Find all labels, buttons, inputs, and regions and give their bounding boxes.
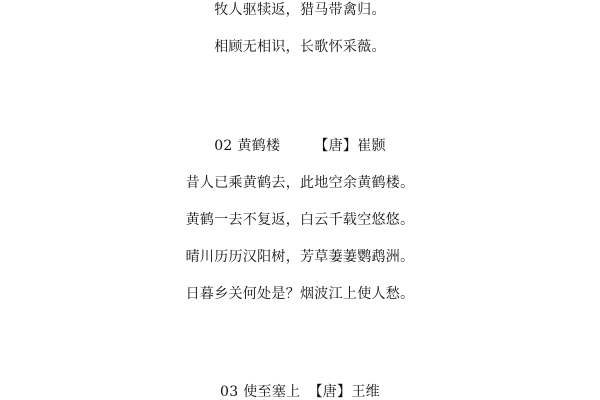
poem-number: 03: [220, 384, 238, 400]
poem-line: 牧人驱犊返，猎马带禽归。: [0, 1, 600, 19]
poem-line: 相顾无相识，长歌怀采薇。: [0, 38, 600, 56]
poem-heading-03: 03 使至塞上【唐】王维: [0, 383, 600, 400]
poem-line: 日暮乡关何处是？烟波江上使人愁。: [0, 285, 600, 303]
poem-heading-02: 02 黄鹤楼【唐】崔颢: [0, 137, 600, 155]
poem-author: 崔颢: [357, 138, 386, 154]
poem-number: 02: [214, 138, 232, 154]
poem-author: 王维: [351, 384, 380, 400]
poem-dynasty: 【唐】: [308, 384, 351, 400]
poem-title: 黄鹤楼: [237, 138, 280, 154]
poem-line: 黄鹤一去不复返，白云千载空悠悠。: [0, 211, 600, 229]
poem-dynasty: 【唐】: [314, 138, 357, 154]
poem-title: 使至塞上: [243, 384, 300, 400]
poem-line: 昔人已乘黄鹤去，此地空余黄鹤楼。: [0, 174, 600, 192]
poem-line: 晴川历历汉阳树，芳草萋萋鹦鹉洲。: [0, 248, 600, 266]
